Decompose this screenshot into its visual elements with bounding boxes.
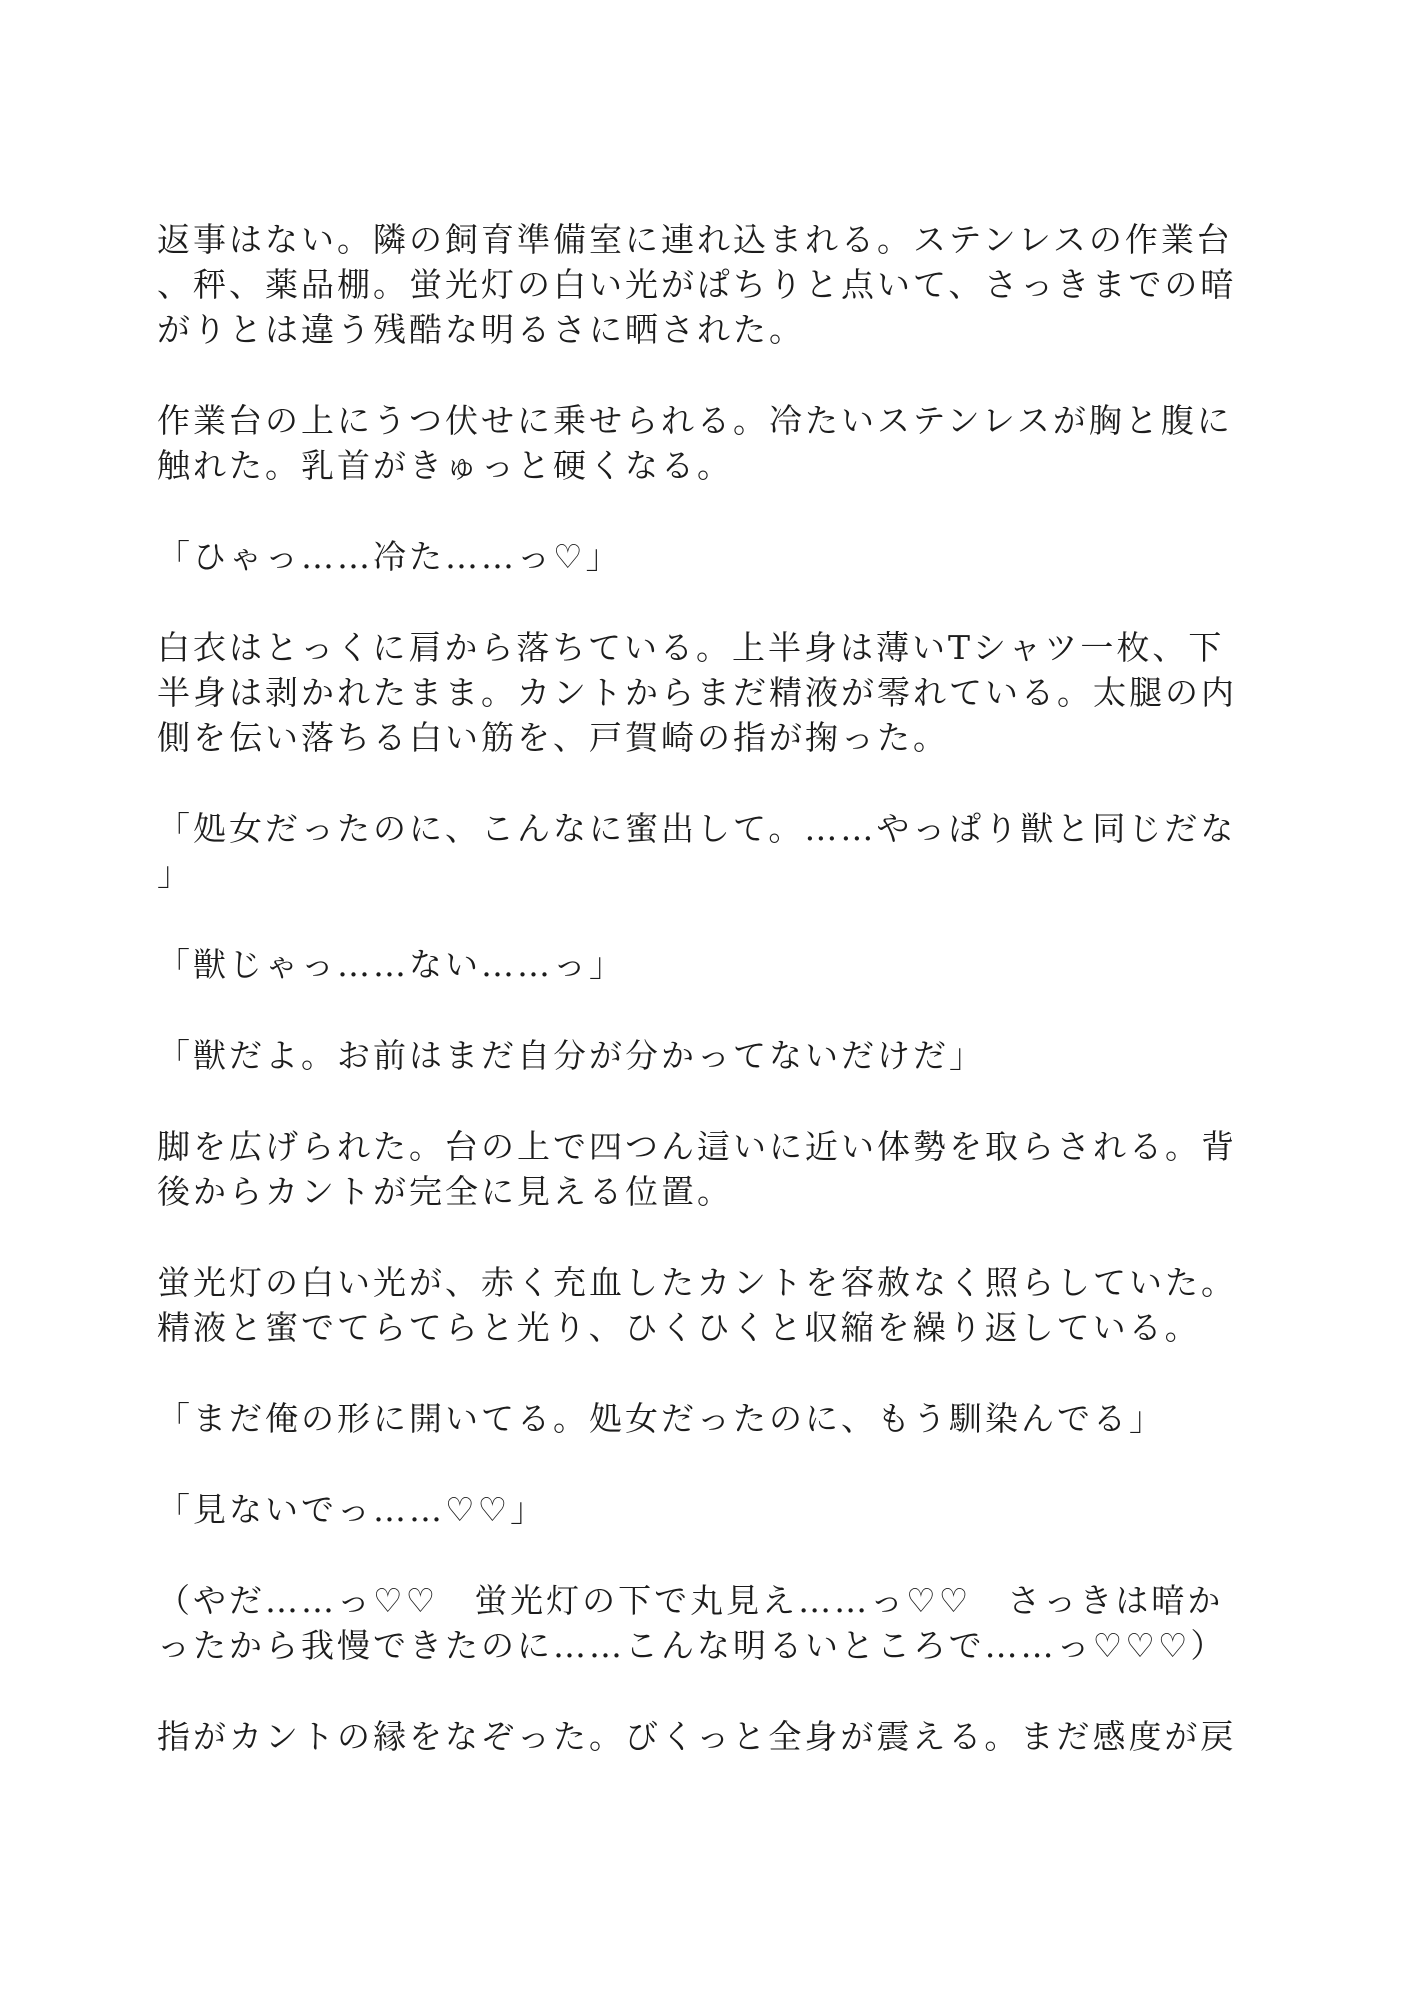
dialogue-line: 「まだ俺の形に開いてる。処女だったのに、もう馴染んでる」 [157,1396,1265,1441]
narration-paragraph: 指がカントの縁をなぞった。びくっと全身が震える。まだ感度が戻 [157,1714,1265,1759]
inner-monologue-paragraph: （やだ……っ♡♡ 蛍光灯の下で丸見え……っ♡♡ さっきは暗か ったから我慢できた… [157,1578,1265,1668]
dialogue-line: 「見ないでっ……♡♡」 [157,1487,1265,1532]
dialogue-line: 「ひゃっ……冷た……っ♡」 [157,534,1265,579]
narration-paragraph: 蛍光灯の白い光が、赤く充血したカントを容赦なく照らしていた。 精液と蜜でてらてら… [157,1260,1265,1350]
narration-paragraph: 作業台の上にうつ伏せに乗せられる。冷たいステンレスが胸と腹に 触れた。乳首がきゅ… [157,398,1265,488]
narration-paragraph: 返事はない。隣の飼育準備室に連れ込まれる。ステンレスの作業台 、秤、薬品棚。蛍光… [157,217,1265,352]
dialogue-line: 「獣じゃっ……ない……っ」 [157,942,1265,987]
dialogue-line: 「処女だったのに、こんなに蜜出して。……やっぱり獣と同じだな 」 [157,806,1265,896]
narration-paragraph: 白衣はとっくに肩から落ちている。上半身は薄いTシャツ一枚、下 半身は剥かれたまま… [157,625,1265,760]
narration-paragraph: 脚を広げられた。台の上で四つん這いに近い体勢を取らされる。背 後からカントが完全… [157,1124,1265,1214]
document-page: 返事はない。隣の飼育準備室に連れ込まれる。ステンレスの作業台 、秤、薬品棚。蛍光… [0,0,1415,2000]
dialogue-line: 「獣だよ。お前はまだ自分が分かってないだけだ」 [157,1033,1265,1078]
